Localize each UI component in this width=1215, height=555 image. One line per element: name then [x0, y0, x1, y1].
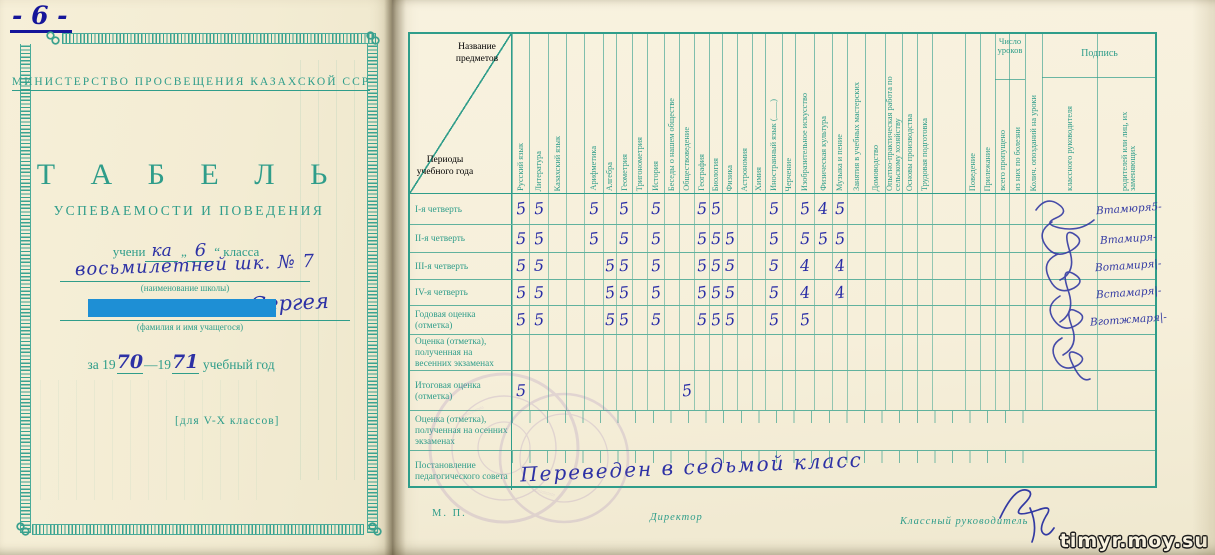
- column-label: всего пропущено: [999, 126, 1007, 193]
- grade-cell: [722, 371, 737, 410]
- grade-cell: 5: [529, 225, 548, 252]
- document-subtitle: УСПЕВАЕМОСТИ И ПОВЕДЕНИЯ: [0, 203, 378, 219]
- grade-cell: Вотамиря|-: [1097, 253, 1159, 279]
- grade-cell: [632, 225, 647, 252]
- parent-signature: Вотамиря|-: [1095, 258, 1162, 275]
- grade-cell: [1025, 371, 1042, 410]
- grade-cell: [902, 306, 917, 334]
- grade-cell: 5: [647, 253, 664, 279]
- column-header-21: Музыка и пение: [832, 34, 847, 193]
- grade-cell: 5: [765, 253, 782, 279]
- grade-value: 5: [711, 230, 721, 246]
- grade-cell: 5: [709, 194, 722, 224]
- grade-cell: 5: [694, 280, 709, 305]
- grade-cell: [1025, 253, 1042, 279]
- grade-value: 5: [533, 201, 545, 218]
- grade-cell: 5: [795, 194, 814, 224]
- grade-cell: [782, 280, 795, 305]
- column-label: История: [652, 157, 660, 193]
- grade-cell: [679, 306, 694, 334]
- column-header-16: Химия: [752, 34, 765, 193]
- grade-cell: [664, 225, 679, 252]
- grade-cell: [1009, 371, 1025, 410]
- grade-cell: 5: [765, 225, 782, 252]
- grade-value: 5: [725, 284, 736, 300]
- grade-cell: [1025, 335, 1042, 370]
- grade-cell: [902, 194, 917, 224]
- grade-cell: [885, 371, 902, 410]
- grade-value: 4: [799, 258, 810, 275]
- grade-cell: [980, 280, 995, 305]
- column-label: Иностранный язык (____): [770, 95, 778, 193]
- grade-cell: [1042, 280, 1097, 305]
- grade-cell: 5: [709, 253, 722, 279]
- grade-cell: 5: [722, 280, 737, 305]
- grade-value: 5: [604, 258, 616, 275]
- grade-cell: 5: [722, 253, 737, 279]
- year-mid: —19: [144, 357, 171, 372]
- grade-cell: [917, 335, 932, 370]
- grade-value: 5: [650, 258, 662, 275]
- grade-value: 5: [697, 201, 708, 217]
- grade-cell: [632, 306, 647, 334]
- grade-cell: [795, 371, 814, 410]
- paper-crease: [1192, 0, 1215, 555]
- column-header-28: Поведение: [965, 34, 980, 193]
- grade-cell: 5: [512, 225, 529, 252]
- grade-cell: [885, 335, 902, 370]
- grade-cell: [832, 371, 847, 410]
- grade-value: 5: [605, 312, 615, 328]
- column-label: Русский язык: [517, 139, 525, 193]
- grade-cell: [865, 371, 885, 410]
- grade-cell: [752, 253, 765, 279]
- grade-value: 5: [604, 284, 616, 301]
- grade-cell: 5: [647, 194, 664, 224]
- grade-cell: [548, 253, 566, 279]
- grade-cell: [664, 194, 679, 224]
- grade-value: 5: [835, 201, 846, 217]
- row-label: III-я четверть: [410, 253, 512, 279]
- column-header-14: Физика: [722, 34, 737, 193]
- grade-cell: 5: [765, 306, 782, 334]
- grade-cell: 4: [832, 280, 847, 305]
- site-watermark: timyr.moy.su: [1060, 530, 1209, 552]
- grade-value: 5: [533, 230, 545, 247]
- column-label: Казахский язык: [554, 132, 562, 193]
- grade-value: 5: [768, 201, 780, 218]
- column-label: Домоводство: [872, 141, 880, 193]
- grade-cell: [847, 225, 865, 252]
- grade-cell: [603, 225, 616, 252]
- grade-value: 5: [516, 230, 526, 246]
- grade-cell: 5: [647, 306, 664, 334]
- grade-cell: [965, 253, 980, 279]
- grade-value: 5: [696, 258, 708, 275]
- bleed-through-artifact: [40, 380, 270, 500]
- grade-cell: [584, 280, 603, 305]
- grade-cell: 4: [832, 253, 847, 279]
- row-label: IV-я четверть: [410, 280, 512, 305]
- column-label: Беседы о нашем обществе: [668, 94, 676, 193]
- grade-cell: [1009, 225, 1025, 252]
- grade-cell: 5: [832, 194, 847, 224]
- grade-cell: [1042, 225, 1097, 252]
- for-classes-note: [для V-X классов]: [175, 415, 280, 427]
- grade-cell: [995, 253, 1009, 279]
- grade-value: 5: [533, 312, 544, 329]
- grade-cell: [694, 335, 709, 370]
- grade-cell: [865, 225, 885, 252]
- grade-cell: [1097, 411, 1159, 450]
- column-label: Черчение: [785, 154, 793, 193]
- grade-cell: 5: [616, 194, 632, 224]
- grade-value: 5: [534, 258, 544, 274]
- grade-cell: [932, 371, 965, 410]
- grade-value: 5: [725, 258, 735, 274]
- page-fold-seam: [384, 0, 406, 555]
- name-underline: [60, 320, 350, 321]
- grade-cell: [709, 335, 722, 370]
- grade-cell: [885, 194, 902, 224]
- grade-cell: [1009, 280, 1025, 305]
- grade-cell: 5: [832, 225, 847, 252]
- table-row-1: I-я четверть55555555545Втамюря5-: [410, 194, 1155, 224]
- grade-cell: [917, 225, 932, 252]
- grade-cell: [737, 371, 752, 410]
- grade-value: 5: [724, 230, 736, 247]
- grade-value: 5: [618, 311, 630, 328]
- grade-cell: 5: [529, 253, 548, 279]
- grade-cell: [752, 335, 765, 370]
- table-row-2: II-я четверть555555555555Втамиря-: [410, 224, 1155, 252]
- column-label: Биология: [712, 154, 720, 193]
- grade-cell: 5: [616, 280, 632, 305]
- grade-cell: [965, 371, 980, 410]
- column-label: Прилежание: [984, 143, 992, 193]
- grade-value: 5: [710, 284, 722, 301]
- column-label: Изобразительное искусство: [801, 89, 809, 193]
- parent-signature: Втамиря-: [1100, 231, 1157, 247]
- column-label: Тригонометрия: [636, 133, 644, 193]
- grade-cell: [865, 194, 885, 224]
- grade-cell: [814, 280, 832, 305]
- grade-cell: [932, 306, 965, 334]
- grade-cell: [679, 225, 694, 252]
- grade-cell: 5: [603, 280, 616, 305]
- grade-cell: [722, 194, 737, 224]
- grade-cell: [566, 280, 584, 305]
- grade-cell: [664, 306, 679, 334]
- grade-cell: [752, 225, 765, 252]
- grade-cell: [917, 194, 932, 224]
- grade-cell: 5: [512, 280, 529, 305]
- grade-cell: [548, 306, 566, 334]
- grade-cell: 5: [709, 280, 722, 305]
- grade-value: 4: [834, 284, 846, 301]
- year2-handwritten: 71: [172, 351, 198, 374]
- grade-cell: [814, 306, 832, 334]
- grade-cell: [782, 225, 795, 252]
- grade-cell: 5: [616, 225, 632, 252]
- grade-cell: [782, 306, 795, 334]
- grade-cell: [1042, 371, 1097, 410]
- grade-cell: [664, 335, 679, 370]
- grade-cell: [1042, 411, 1097, 450]
- grade-cell: [995, 225, 1009, 252]
- grade-cell: [917, 371, 932, 410]
- column-label: Трудовая подготовка: [921, 114, 929, 193]
- parent-signature: Встамаря|-: [1095, 284, 1161, 301]
- grade-cell: [679, 253, 694, 279]
- frame-border-top: [62, 33, 376, 44]
- grade-value: 4: [834, 258, 846, 275]
- grade-cell: [865, 253, 885, 279]
- grade-cell: 5: [765, 194, 782, 224]
- column-label: Алгебра: [606, 158, 614, 193]
- grade-cell: 5: [722, 306, 737, 334]
- column-label: Занятия в учебных мастерских: [853, 78, 861, 193]
- table-row-5: Годовая оценка (отметка)5555555555Вготжм…: [410, 305, 1155, 334]
- grade-cell: [1025, 306, 1042, 334]
- grade-cell: [847, 280, 865, 305]
- table-corner-cell: Название предметов Периоды учебного года: [410, 34, 512, 193]
- grade-value: 5: [724, 312, 735, 329]
- grade-cell: 5: [616, 306, 632, 334]
- column-header-13: Биология: [709, 34, 722, 193]
- grade-value: 5: [618, 200, 630, 217]
- column-header-26: Трудовая подготовка: [917, 34, 932, 193]
- grade-cell: [1009, 306, 1025, 334]
- column-label: Геометрия: [621, 150, 629, 193]
- grade-cell: [902, 225, 917, 252]
- grade-cell: [1042, 253, 1097, 279]
- frame-border-bottom: [32, 524, 364, 535]
- grade-cell: [932, 335, 965, 370]
- grade-cell: [917, 280, 932, 305]
- grade-cell: [603, 194, 616, 224]
- grade-cell: [995, 335, 1009, 370]
- grade-cell: [1097, 335, 1159, 370]
- grades-page: Название предметов Периоды учебного года…: [392, 0, 1215, 555]
- grade-cell: [965, 280, 980, 305]
- document-title: Т А Б Е Л Ь: [0, 158, 378, 192]
- grade-cell: [847, 253, 865, 279]
- grade-cell: [795, 335, 814, 370]
- grade-value: 5: [696, 284, 708, 301]
- grade-cell: [548, 280, 566, 305]
- grade-cell: 5: [694, 225, 709, 252]
- grade-cell: [632, 253, 647, 279]
- grade-cell: [752, 371, 765, 410]
- column-header-17: Иностранный язык (____): [765, 34, 782, 193]
- grade-cell: [722, 335, 737, 370]
- row-label: Годовая оценка (отметка): [410, 306, 512, 334]
- column-header-24: Опытно-практическая работа по сельскому …: [885, 34, 902, 193]
- grade-cell: [1042, 335, 1097, 370]
- grade-cell: [1042, 194, 1097, 224]
- column-header-22: Занятия в учебных мастерских: [847, 34, 865, 193]
- grade-cell: [664, 371, 679, 410]
- grade-cell: 5: [814, 225, 832, 252]
- corner-label-periods: Периоды учебного года: [412, 155, 478, 179]
- grade-cell: [737, 194, 752, 224]
- grade-cell: Втамиря-: [1097, 225, 1159, 252]
- grade-cell: [632, 280, 647, 305]
- grade-cell: 5: [512, 194, 529, 224]
- grade-cell: 4: [795, 253, 814, 279]
- column-label: Обществоведение: [683, 123, 691, 193]
- column-header-19: Изобразительное искусство: [795, 34, 814, 193]
- grade-value: 5: [817, 230, 829, 247]
- frame-corner-knot: [366, 31, 380, 45]
- grade-cell: [737, 253, 752, 279]
- year-suffix: учебный год: [200, 357, 275, 372]
- grade-cell: [902, 280, 917, 305]
- grade-value: 5: [619, 230, 629, 246]
- grade-cell: 5: [709, 306, 722, 334]
- grade-cell: [917, 253, 932, 279]
- column-header-6: Алгебра: [603, 34, 616, 193]
- grade-cell: [995, 194, 1009, 224]
- column-label: География: [698, 150, 706, 193]
- grade-value: 5: [800, 230, 810, 246]
- grade-value: 5: [710, 311, 722, 328]
- grade-value: 5: [710, 258, 721, 275]
- grade-value: 5: [799, 200, 811, 217]
- grade-cell: [865, 335, 885, 370]
- column-header-20: Физическая культура: [814, 34, 832, 193]
- name-caption: (фамилия и имя учащегося): [60, 322, 320, 332]
- grade-cell: [980, 371, 995, 410]
- grade-value: 5: [768, 230, 780, 247]
- year-prefix: за 19: [87, 357, 115, 372]
- column-header-2: Литература: [529, 34, 548, 193]
- grade-cell: [847, 306, 865, 334]
- grade-value: 5: [768, 312, 779, 329]
- grade-cell: [917, 306, 932, 334]
- column-label: родителей или лиц, их заменяющих: [1121, 78, 1137, 193]
- grade-cell: [765, 335, 782, 370]
- grade-cell: [664, 280, 679, 305]
- grade-cell: [1042, 306, 1097, 334]
- grade-cell: [765, 371, 782, 410]
- table-row-4: IV-я четверть55555555544Встамаря|-: [410, 279, 1155, 305]
- parent-signature: Вготжмаря|-: [1090, 311, 1168, 328]
- grade-cell: [885, 253, 902, 279]
- grade-cell: [995, 371, 1009, 410]
- grade-value: 5: [769, 284, 780, 300]
- grade-cell: [782, 253, 795, 279]
- grade-cell: 5: [795, 225, 814, 252]
- column-label: классного руководителя: [1066, 102, 1074, 193]
- column-label: Основы производства: [906, 110, 914, 193]
- grade-value: 5: [650, 284, 662, 301]
- column-header-10: Беседы о нашем обществе: [664, 34, 679, 193]
- grade-value: 5: [651, 201, 662, 217]
- grade-cell: [865, 306, 885, 334]
- grade-cell: [1097, 371, 1159, 410]
- page-number: - 6 -: [10, 2, 72, 33]
- grade-cell: 5: [584, 194, 603, 224]
- grade-cell: 5: [529, 306, 548, 334]
- grade-cell: [980, 335, 995, 370]
- grade-cell: [1009, 253, 1025, 279]
- grade-cell: 5: [722, 225, 737, 252]
- grade-cell: 4: [795, 280, 814, 305]
- grade-cell: [932, 194, 965, 224]
- redaction-bar: [88, 299, 276, 317]
- grade-cell: [847, 371, 865, 410]
- grade-cell: [902, 253, 917, 279]
- grade-cell: [752, 194, 765, 224]
- grade-value: 5: [588, 230, 600, 247]
- grade-cell: [782, 194, 795, 224]
- svg-text:≈≈≈≈≈≈≈: ≈≈≈≈≈≈≈: [458, 404, 486, 422]
- column-header-7: Геометрия: [616, 34, 632, 193]
- grade-cell: [832, 335, 847, 370]
- director-label: Директор: [650, 512, 703, 523]
- frame-corner-knot: [46, 31, 60, 45]
- grade-cell: [965, 335, 980, 370]
- grade-value: 5: [799, 311, 811, 328]
- column-header-27: [932, 34, 965, 193]
- grade-cell: [980, 253, 995, 279]
- grade-cell: 5: [529, 280, 548, 305]
- school-year-line: за 1970—1971 учебный год: [0, 352, 362, 374]
- column-header-25: Основы производства: [902, 34, 917, 193]
- grade-value: 5: [515, 311, 527, 328]
- column-label: Физика: [726, 161, 734, 193]
- grade-cell: 5: [512, 253, 529, 279]
- grade-cell: 5: [709, 225, 722, 252]
- column-header-12: География: [694, 34, 709, 193]
- column-header-11: Обществоведение: [679, 34, 694, 193]
- grade-value: 5: [515, 258, 526, 275]
- grade-value: 5: [710, 200, 722, 217]
- grade-value: 5: [515, 284, 527, 301]
- grade-cell: [694, 371, 709, 410]
- grade-value: 5: [696, 230, 707, 247]
- grade-value: 5: [515, 200, 527, 217]
- grade-cell: [885, 306, 902, 334]
- grade-cell: 5: [603, 306, 616, 334]
- grade-value: 5: [681, 382, 693, 399]
- grade-cell: 5: [679, 371, 694, 410]
- grade-cell: [980, 194, 995, 224]
- column-header-4: [566, 34, 584, 193]
- grade-cell: [995, 306, 1009, 334]
- grade-value: 5: [619, 258, 630, 275]
- grade-cell: [737, 280, 752, 305]
- grade-cell: [566, 306, 584, 334]
- grade-cell: 4: [814, 194, 832, 224]
- column-header-29: Прилежание: [980, 34, 995, 193]
- class-teacher-label: Классный руководитель: [900, 516, 1028, 527]
- grade-cell: [664, 253, 679, 279]
- grade-cell: [548, 194, 566, 224]
- column-label: Поведение: [969, 149, 977, 193]
- grade-cell: [737, 306, 752, 334]
- column-header-18: Черчение: [782, 34, 795, 193]
- grade-value: 5: [534, 284, 545, 300]
- grade-cell: Встамаря|-: [1097, 280, 1159, 305]
- column-label: Литература: [535, 147, 543, 194]
- grade-cell: [1025, 225, 1042, 252]
- grade-cell: [885, 280, 902, 305]
- column-header-1: Русский язык: [512, 34, 529, 193]
- grade-cell: [980, 225, 995, 252]
